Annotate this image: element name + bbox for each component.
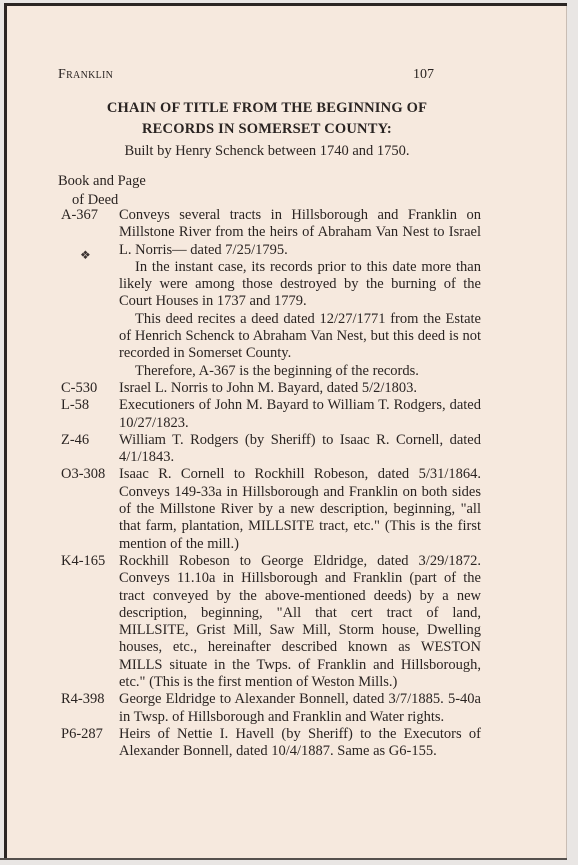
deed-paragraph: Israel L. Norris to John M. Bayard, date… <box>119 380 481 397</box>
deed-code: O3-308 <box>61 466 119 552</box>
deed-description: Executioners of John M. Bayard to Willia… <box>119 397 481 432</box>
deed-entry: P6-287 Heirs of Nettie I. Havell (by She… <box>61 726 481 761</box>
section-heading: CHAIN OF TITLE FROM THE BEGINNING OF REC… <box>58 98 476 140</box>
running-head: Franklin 107 <box>58 67 434 83</box>
deed-paragraph: George Eldridge to Alexander Bonnell, da… <box>119 691 481 726</box>
deed-code: K4-165 <box>61 553 119 691</box>
deed-description: William T. Rodgers (by Sheriff) to Isaac… <box>119 432 481 467</box>
deed-entry: O3-308 Isaac R. Cornell to Rockhill Robe… <box>61 466 481 552</box>
deed-code: A-367 <box>61 207 119 380</box>
section-heading-line-1: CHAIN OF TITLE FROM THE BEGINNING OF <box>58 98 476 119</box>
page-bottom-edge <box>0 858 567 860</box>
subtitle: Built by Henry Schenck between 1740 and … <box>58 143 476 160</box>
deed-paragraph: In the instant case, its records prior t… <box>119 259 481 311</box>
deed-entry: C-530 Israel L. Norris to John M. Bayard… <box>61 380 481 397</box>
deed-paragraph: Isaac R. Cornell to Rockhill Robeson, da… <box>119 466 481 552</box>
page-number: 107 <box>413 67 434 83</box>
deed-paragraph: Heirs of Nettie I. Havell (by Sheriff) t… <box>119 726 481 761</box>
deed-description: Isaac R. Cornell to Rockhill Robeson, da… <box>119 466 481 552</box>
deed-code: L-58 <box>61 397 119 432</box>
deed-entry: Z-46 William T. Rodgers (by Sheriff) to … <box>61 432 481 467</box>
deed-paragraph: William T. Rodgers (by Sheriff) to Isaac… <box>119 432 481 467</box>
deed-description: George Eldridge to Alexander Bonnell, da… <box>119 691 481 726</box>
deed-description: Heirs of Nettie I. Havell (by Sheriff) t… <box>119 726 481 761</box>
deed-code: R4-398 <box>61 691 119 726</box>
deed-code: Z-46 <box>61 432 119 467</box>
deed-description: Conveys several tracts in Hillsborough a… <box>119 207 481 380</box>
deed-description: Rockhill Robeson to George Eldridge, dat… <box>119 553 481 691</box>
deed-entry: L-58 Executioners of John M. Bayard to W… <box>61 397 481 432</box>
deed-code: P6-287 <box>61 726 119 761</box>
deed-paragraph: Executioners of John M. Bayard to Willia… <box>119 397 481 432</box>
deed-paragraph: Therefore, A-367 is the beginning of the… <box>119 363 481 380</box>
running-title: Franklin <box>58 67 113 83</box>
deed-code: C-530 <box>61 380 119 397</box>
deed-entry: A-367 Conveys several tracts in Hillsbor… <box>61 207 481 380</box>
deed-entry: R4-398 George Eldridge to Alexander Bonn… <box>61 691 481 726</box>
column-heading-line-1: Book and Page <box>58 172 146 191</box>
deed-entry: K4-165 Rockhill Robeson to George Eldrid… <box>61 553 481 691</box>
deed-paragraph: Rockhill Robeson to George Eldridge, dat… <box>119 553 481 691</box>
section-heading-line-2: RECORDS IN SOMERSET COUNTY: <box>58 119 476 140</box>
column-heading: Book and Page of Deed <box>58 172 146 210</box>
deed-paragraph: This deed recites a deed dated 12/27/177… <box>119 311 481 363</box>
deed-description: Israel L. Norris to John M. Bayard, date… <box>119 380 481 397</box>
deed-list: A-367 Conveys several tracts in Hillsbor… <box>61 207 481 761</box>
deed-paragraph: Conveys several tracts in Hillsborough a… <box>119 207 481 259</box>
